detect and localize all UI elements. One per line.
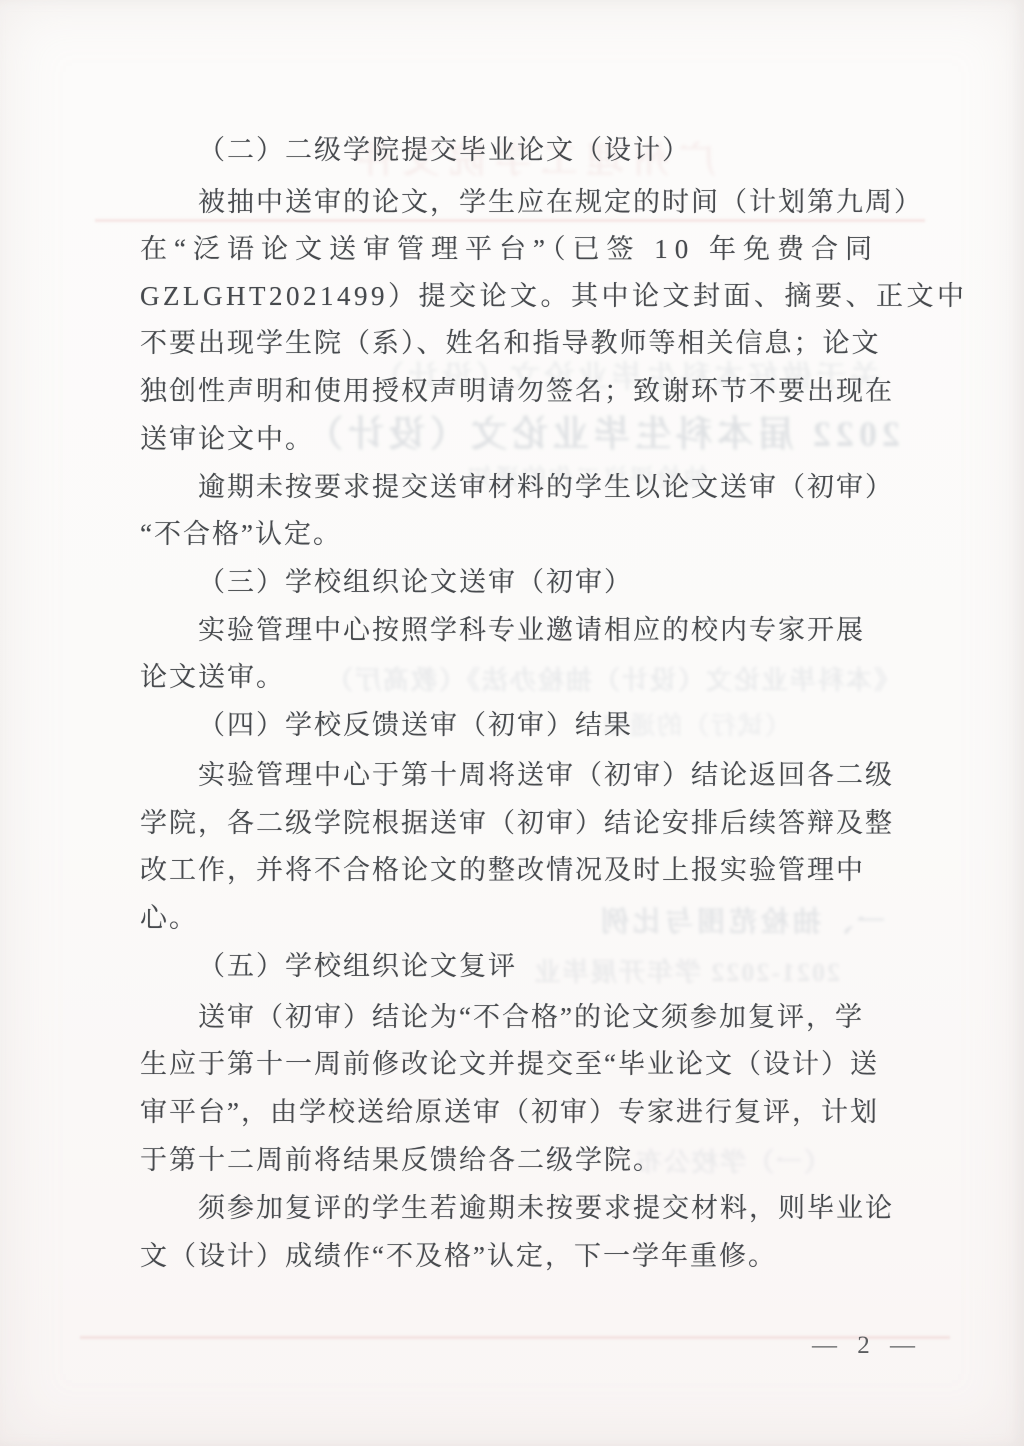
text-line: 于第十二周前将结果反馈给各二级学院。 (140, 1140, 940, 1180)
text-line: 须参加复评的学生若逾期未按要求提交材料，则毕业论 (140, 1188, 998, 1228)
text-line: 改工作，并将不合格论文的整改情况及时上报实验管理中 (140, 850, 940, 890)
text-line: 不要出现学生院（系）、姓名和指导教师等相关信息；论文 (140, 323, 940, 363)
text-line: 生应于第十一周前修改论文并提交至“毕业论文（设计）送 (140, 1044, 940, 1084)
text-line: 实验管理中心于第十周将送审（初审）结论返回各二级 (140, 755, 998, 795)
section-heading-2: （二）二级学院提交毕业论文（设计） (140, 130, 998, 170)
text-line: 在“泛语论文送审管理平台”（已签 10 年免费合同 (140, 229, 940, 269)
text-line: 实验管理中心按照学科专业邀请相应的校内专家开展 (140, 610, 998, 650)
text-line: 被抽中送审的论文，学生应在规定的时间（计划第九周） (140, 182, 998, 222)
section-heading-4: （四）学校反馈送审（初审）结果 (140, 705, 998, 745)
text-line: GZLGHT2021499）提交论文。其中论文封面、摘要、正文中 (140, 276, 940, 316)
text-line: 学院，各二级学院根据送审（初审）结论安排后续答辩及整 (140, 803, 940, 843)
document-page: 广州理工学院文件 关于做好本科生毕业论文（设计） 2022 届本科生毕业论文（设… (0, 0, 1024, 1446)
text-line: 论文送审。 (140, 657, 940, 697)
text-line: 独创性声明和使用授权声明请勿签名；致谢环节不要出现在 (140, 371, 940, 411)
section-heading-3: （三）学校组织论文送审（初审） (140, 562, 998, 602)
text-line: 逾期未按要求提交送审材料的学生以论文送审（初审） (140, 467, 998, 507)
text-line: 文（设计）成绩作“不及格”认定，下一学年重修。 (140, 1236, 940, 1276)
text-line: “不合格”认定。 (140, 514, 940, 554)
section-heading-5: （五）学校组织论文复评 (140, 946, 998, 986)
text-line: 审平台”，由学校送给原送审（初审）专家进行复评，计划 (140, 1092, 940, 1132)
text-line: 送审论文中。 (140, 419, 940, 459)
text-line: 送审（初审）结论为“不合格”的论文须参加复评，学 (140, 997, 998, 1037)
text-line: 心。 (140, 898, 940, 938)
page-number: — 2 — (812, 1332, 922, 1360)
